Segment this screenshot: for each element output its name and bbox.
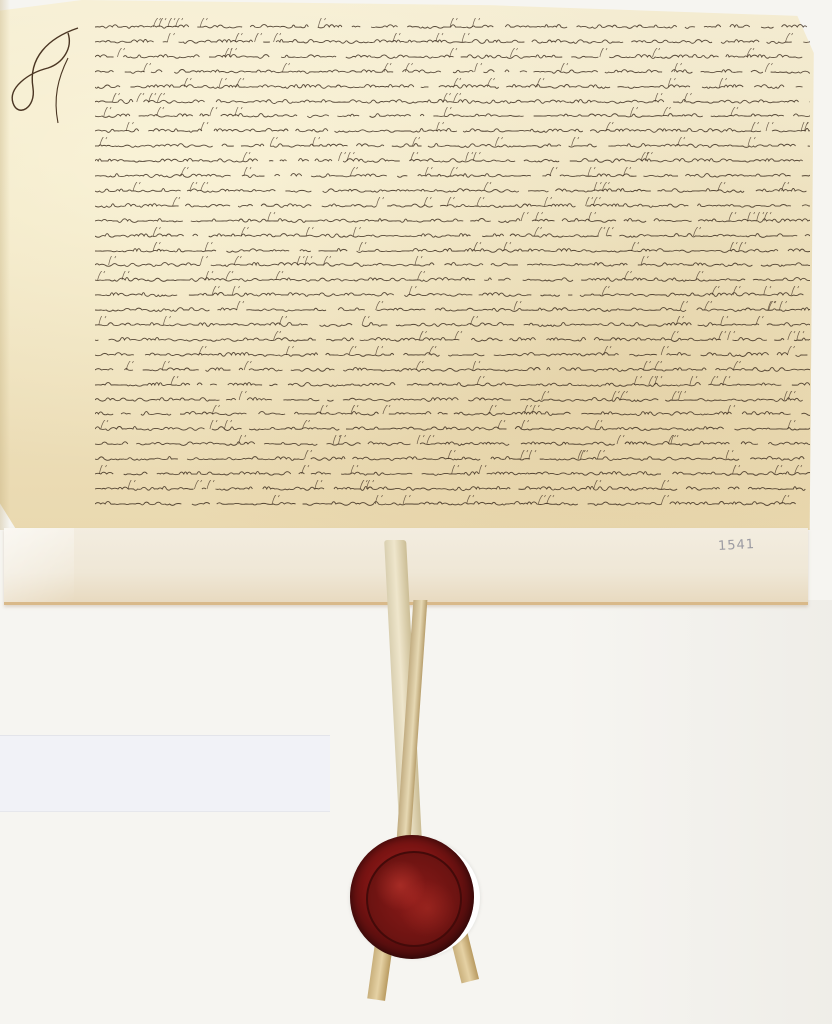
manuscript-line	[95, 256, 810, 268]
manuscript-line	[95, 435, 810, 447]
manuscript-line	[95, 391, 810, 403]
manuscript-line	[95, 48, 810, 60]
manuscript-line	[95, 495, 810, 507]
manuscript-line	[95, 376, 810, 388]
manuscript-line	[95, 63, 810, 75]
manuscript-line	[95, 18, 810, 30]
manuscript-line	[95, 122, 810, 134]
plica-corner-crease	[4, 528, 74, 602]
wax-seal	[350, 835, 474, 959]
background-shadow	[560, 600, 832, 1024]
manuscript-line	[95, 212, 810, 224]
manuscript-line	[95, 316, 810, 328]
manuscript-line	[95, 33, 810, 45]
archive-number-annotation: 1541	[718, 537, 756, 554]
manuscript-line	[95, 197, 810, 209]
decorative-initial-letter	[8, 18, 88, 138]
seal-impression-icon	[366, 851, 462, 947]
manuscript-line	[95, 182, 810, 194]
manuscript-line	[95, 167, 810, 179]
manuscript-line	[95, 331, 810, 343]
manuscript-line	[95, 152, 810, 164]
manuscript-line	[95, 107, 810, 119]
manuscript-line	[95, 346, 810, 358]
manuscript-line	[95, 301, 810, 313]
manuscript-line	[95, 420, 810, 432]
manuscript-line	[95, 78, 810, 90]
manuscript-line	[95, 450, 810, 462]
manuscript-line	[95, 137, 810, 149]
manuscript-line	[95, 93, 810, 105]
background-paper-strip	[0, 735, 330, 812]
manuscript-line	[95, 227, 810, 239]
manuscript-line	[95, 286, 810, 298]
manuscript-line	[95, 271, 810, 283]
manuscript-text-body	[95, 18, 810, 518]
manuscript-line	[95, 405, 810, 417]
manuscript-line	[95, 361, 810, 373]
manuscript-line	[95, 465, 810, 477]
manuscript-line	[95, 242, 810, 254]
manuscript-line	[95, 480, 810, 492]
